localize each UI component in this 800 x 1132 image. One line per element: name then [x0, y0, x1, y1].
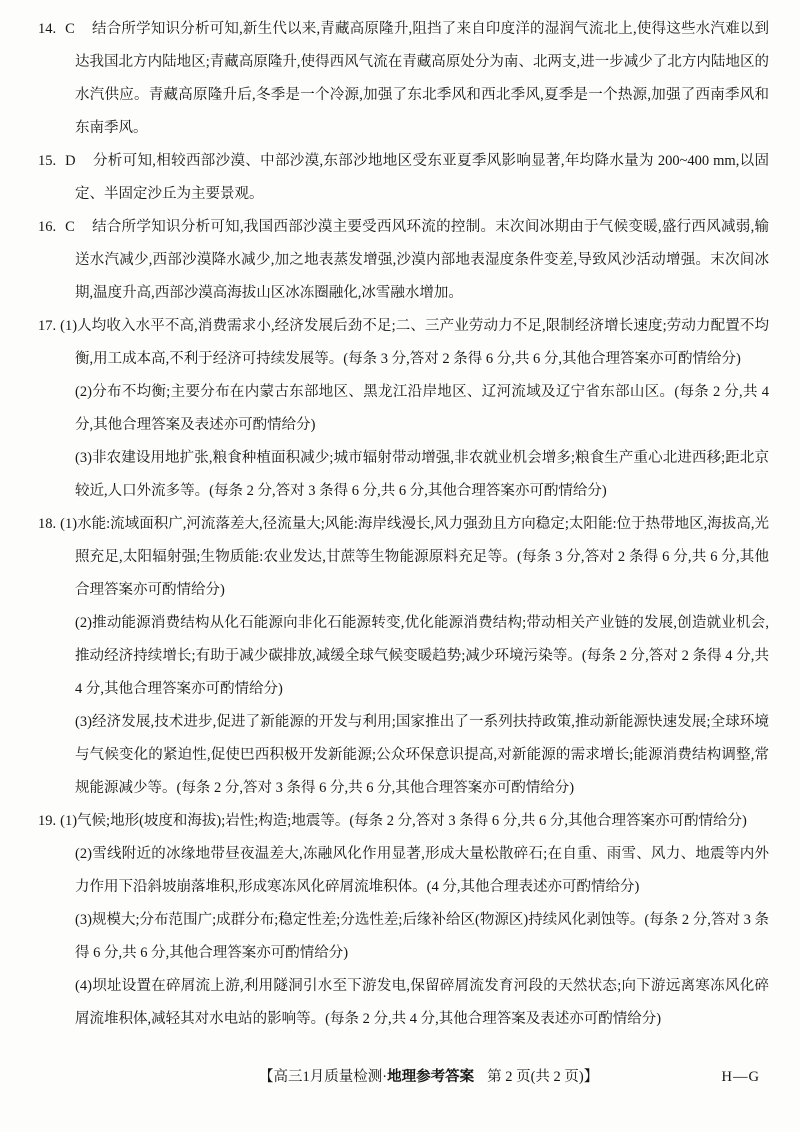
- part-label: (4): [75, 978, 92, 994]
- answer-sheet-page: 14.C结合所学知识分析可知,新生代以来,青藏高原隆升,阻挡了来自印度洋的湿润气…: [0, 0, 800, 1132]
- answer-text: 结合所学知识分析可知,我国西部沙漠主要受西风环流的控制。末次间冰期由于气候变暖,…: [75, 219, 769, 301]
- answer-item: (3)规模大;分布范围广;成群分布;稳定性差;分选性差;后缘补给区(物源区)持续…: [38, 904, 769, 970]
- answer-text: 分布不均衡;主要分布在内蒙古东部地区、黑龙江沿岸地区、辽河流域及辽宁省东部山区。…: [75, 384, 769, 433]
- part-label: (3): [75, 714, 92, 730]
- answer-text: 规模大;分布范围广;成群分布;稳定性差;分选性差;后缘补给区(物源区)持续风化剥…: [75, 912, 769, 961]
- answer-text: 坝址设置在碎屑流上游,利用隧洞引水至下游发电,保留碎屑流发育河段的天然状态;向下…: [75, 978, 769, 1027]
- answer-item: 17.(1)人均收入水平不高,消费需求小,经济发展后劲不足;二、三产业劳动力不足…: [38, 310, 769, 376]
- answer-item: (2)雪线附近的冰缘地带昼夜温差大,冻融风化作用显著,形成大量松散碎石;在自重、…: [38, 838, 769, 904]
- footer-subject-title: 地理参考答案: [387, 1069, 474, 1085]
- footer-page-number: 第 2 页(共 2 页)】: [487, 1069, 598, 1085]
- footer-exam-title: 【高三1月质量检测·: [259, 1069, 387, 1085]
- question-number: 14.: [38, 21, 56, 37]
- answer-text: 气候;地形(坡度和海拔);岩性;构造;地震等。(每条 2 分,答对 3 条得 6…: [77, 813, 747, 829]
- answer-item: 15.D分析可知,相较西部沙漠、中部沙漠,东部沙地地区受东亚夏季风影响显著,年均…: [38, 145, 769, 211]
- footer-caption: 【高三1月质量检测·地理参考答案第 2 页(共 2 页)】: [259, 1066, 598, 1088]
- question-number: 17.: [38, 318, 56, 334]
- part-label: (1): [60, 318, 77, 334]
- part-label: (2): [75, 846, 92, 862]
- answer-letter: C: [65, 21, 75, 37]
- answer-item: (2)推动能源消费结构从化石能源向非化石能源转变,优化能源消费结构;带动相关产业…: [38, 607, 769, 706]
- question-number: 16.: [38, 219, 56, 235]
- part-label: (2): [75, 384, 92, 400]
- answer-text: 雪线附近的冰缘地带昼夜温差大,冻融风化作用显著,形成大量松散碎石;在自重、雨雪、…: [75, 846, 769, 895]
- paper-code: H—G: [722, 1066, 760, 1088]
- answer-item: 18.(1)水能:流域面积广,河流落差大,径流量大;风能:海岸线漫长,风力强劲且…: [38, 508, 769, 607]
- answer-item: 16.C结合所学知识分析可知,我国西部沙漠主要受西风环流的控制。末次间冰期由于气…: [38, 211, 769, 310]
- question-number: 15.: [38, 153, 56, 169]
- answer-list: 14.C结合所学知识分析可知,新生代以来,青藏高原隆升,阻挡了来自印度洋的湿润气…: [0, 0, 800, 1036]
- page-footer: 【高三1月质量检测·地理参考答案第 2 页(共 2 页)】 H—G: [0, 1066, 800, 1096]
- answer-text: 非农建设用地扩张,粮食种植面积减少;城市辐射带动增强,非农就业机会增多;粮食生产…: [75, 450, 769, 499]
- answer-text: 分析可知,相较西部沙漠、中部沙漠,东部沙地地区受东亚夏季风影响显著,年均降水量为…: [75, 153, 769, 202]
- part-label: (1): [60, 516, 77, 532]
- part-label: (3): [75, 450, 92, 466]
- answer-item: 14.C结合所学知识分析可知,新生代以来,青藏高原隆升,阻挡了来自印度洋的湿润气…: [38, 13, 769, 145]
- part-label: (1): [60, 813, 77, 829]
- answer-text: 经济发展,技术进步,促进了新能源的开发与利用;国家推出了一系列扶持政策,推动新能…: [75, 714, 769, 796]
- answer-letter: C: [65, 219, 75, 235]
- answer-text: 结合所学知识分析可知,新生代以来,青藏高原隆升,阻挡了来自印度洋的湿润气流北上,…: [75, 21, 769, 136]
- answer-item: (4)坝址设置在碎屑流上游,利用隧洞引水至下游发电,保留碎屑流发育河段的天然状态…: [38, 970, 769, 1036]
- question-number: 19.: [38, 813, 56, 829]
- answer-text: 推动能源消费结构从化石能源向非化石能源转变,优化能源消费结构;带动相关产业链的发…: [75, 615, 769, 697]
- answer-text: 水能:流域面积广,河流落差大,径流量大;风能:海岸线漫长,风力强劲且方向稳定;太…: [75, 516, 769, 598]
- answer-letter: D: [65, 153, 75, 169]
- answer-item: (2)分布不均衡;主要分布在内蒙古东部地区、黑龙江沿岸地区、辽河流域及辽宁省东部…: [38, 376, 769, 442]
- answer-item: 19.(1)气候;地形(坡度和海拔);岩性;构造;地震等。(每条 2 分,答对 …: [38, 805, 769, 838]
- answer-item: (3)非农建设用地扩张,粮食种植面积减少;城市辐射带动增强,非农就业机会增多;粮…: [38, 442, 769, 508]
- answer-item: (3)经济发展,技术进步,促进了新能源的开发与利用;国家推出了一系列扶持政策,推…: [38, 706, 769, 805]
- question-number: 18.: [38, 516, 56, 532]
- part-label: (3): [75, 912, 92, 928]
- part-label: (2): [75, 615, 92, 631]
- answer-text: 人均收入水平不高,消费需求小,经济发展后劲不足;二、三产业劳动力不足,限制经济增…: [75, 318, 769, 367]
